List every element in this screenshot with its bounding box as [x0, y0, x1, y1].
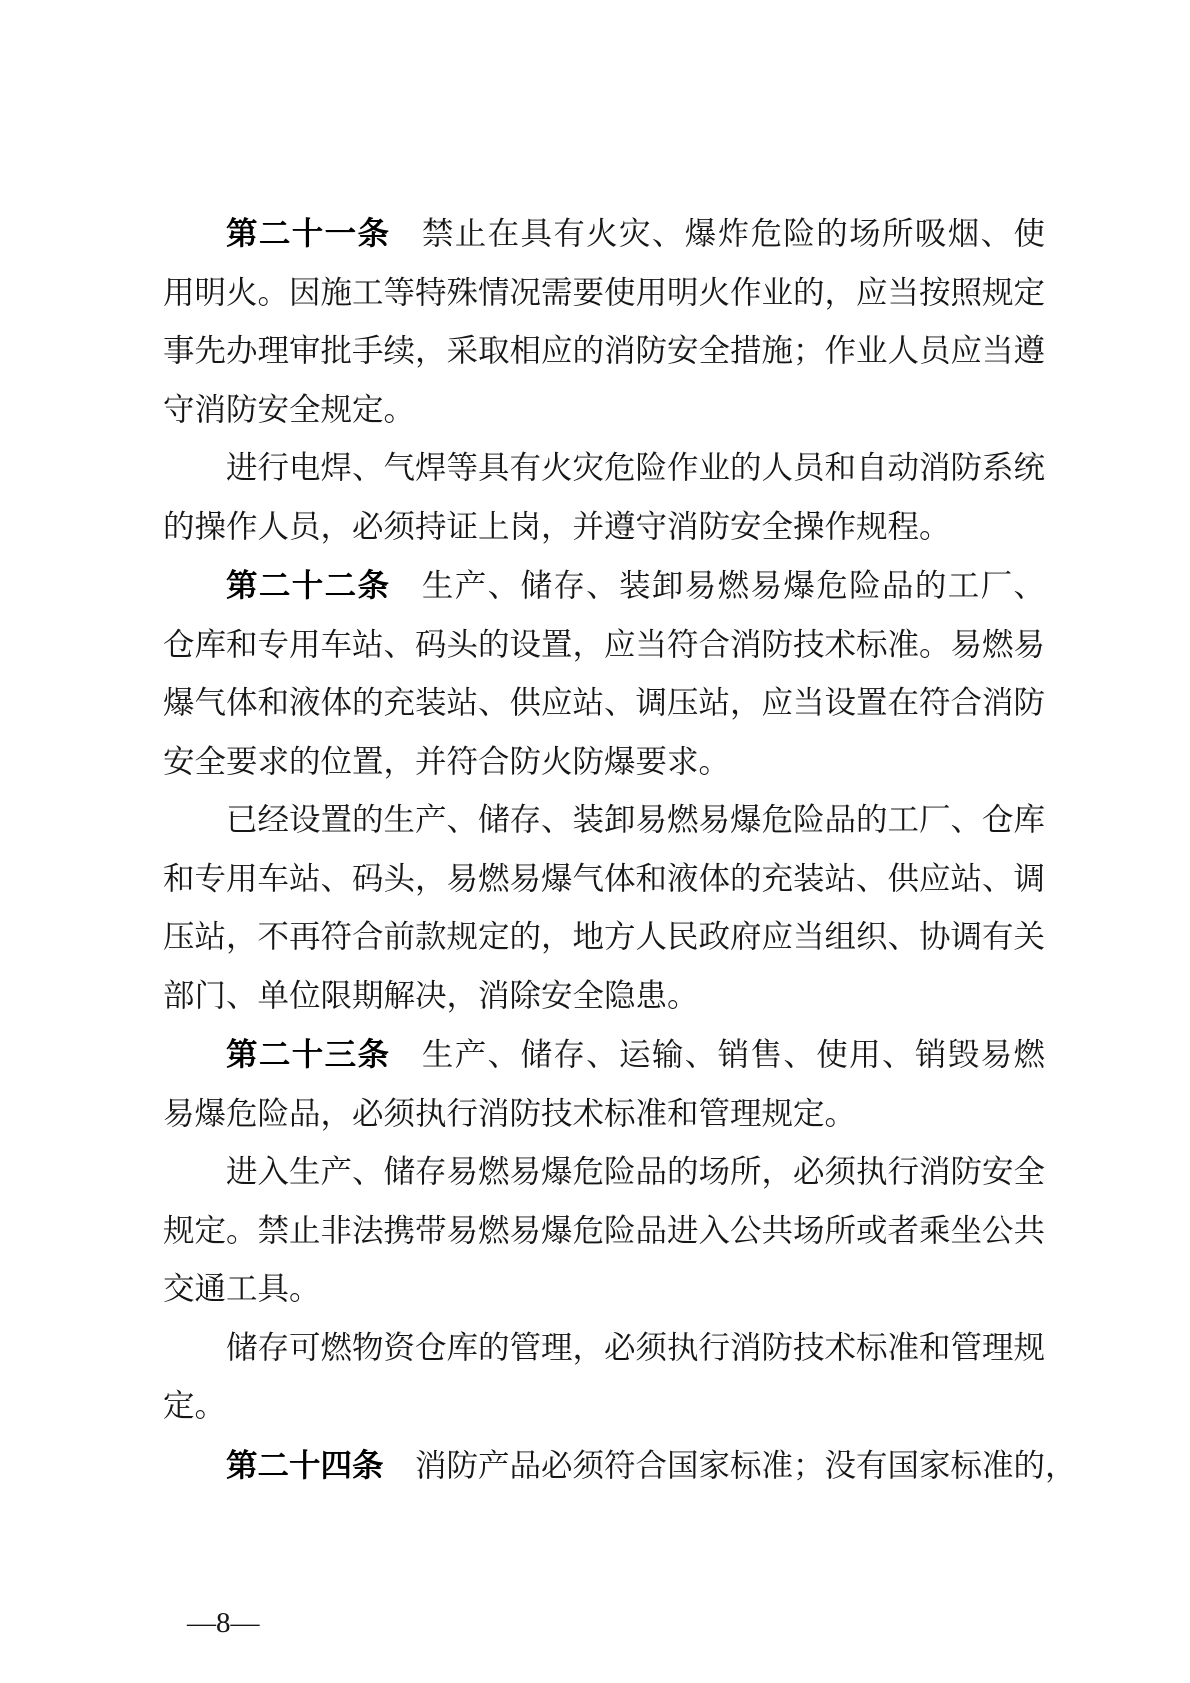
paragraph-article-23: 第二十三条生产、储存、运输、销售、使用、销毁易燃易爆危险品，必须执行消防技术标准…: [163, 1025, 1045, 1143]
paragraph-article-24: 第二十四条消防产品必须符合国家标准；没有国家标准的，: [163, 1436, 1045, 1496]
article-number-22: 第二十二条: [226, 567, 390, 603]
paragraph-text: 已经设置的生产、储存、装卸易燃易爆危险品的工厂、仓库和专用车站、码头，易燃易爆气…: [163, 802, 1045, 1013]
paragraph-article-22-clause-2: 已经设置的生产、储存、装卸易燃易爆危险品的工厂、仓库和专用车站、码头，易燃易爆气…: [163, 791, 1045, 1025]
document-page: 第二十一条禁止在具有火灾、爆炸危险的场所吸烟、使用明火。因施工等特殊情况需要使用…: [0, 0, 1190, 1683]
paragraph-article-21-clause-2: 进行电焊、气焊等具有火灾危险作业的人员和自动消防系统的操作人员，必须持证上岗，并…: [163, 439, 1045, 556]
article-number-23: 第二十三条: [226, 1036, 390, 1072]
paragraph-article-23-clause-2: 进入生产、储存易燃易爆危险品的场所，必须执行消防安全规定。禁止非法携带易燃易爆危…: [163, 1143, 1045, 1319]
paragraph-article-21: 第二十一条禁止在具有火灾、爆炸危险的场所吸烟、使用明火。因施工等特殊情况需要使用…: [163, 204, 1045, 439]
paragraph-text: 进行电焊、气焊等具有火灾危险作业的人员和自动消防系统的操作人员，必须持证上岗，并…: [163, 450, 1045, 544]
article-number-24: 第二十四条: [226, 1447, 384, 1483]
paragraph-text: 储存可燃物资仓库的管理，必须执行消防技术标准和管理规定。: [163, 1330, 1045, 1424]
paragraph-text: 进入生产、储存易燃易爆危险品的场所，必须执行消防安全规定。禁止非法携带易燃易爆危…: [163, 1154, 1045, 1306]
document-body: 第二十一条禁止在具有火灾、爆炸危险的场所吸烟、使用明火。因施工等特殊情况需要使用…: [163, 204, 1045, 1495]
page-number: —8—: [187, 1607, 260, 1640]
paragraph-text: 消防产品必须符合国家标准；没有国家标准的，: [415, 1448, 1077, 1483]
paragraph-article-23-clause-3: 储存可燃物资仓库的管理，必须执行消防技术标准和管理规定。: [163, 1319, 1045, 1436]
paragraph-article-22: 第二十二条生产、储存、装卸易燃易爆危险品的工厂、仓库和专用车站、码头的设置，应当…: [163, 556, 1045, 791]
article-number-21: 第二十一条: [226, 215, 390, 251]
